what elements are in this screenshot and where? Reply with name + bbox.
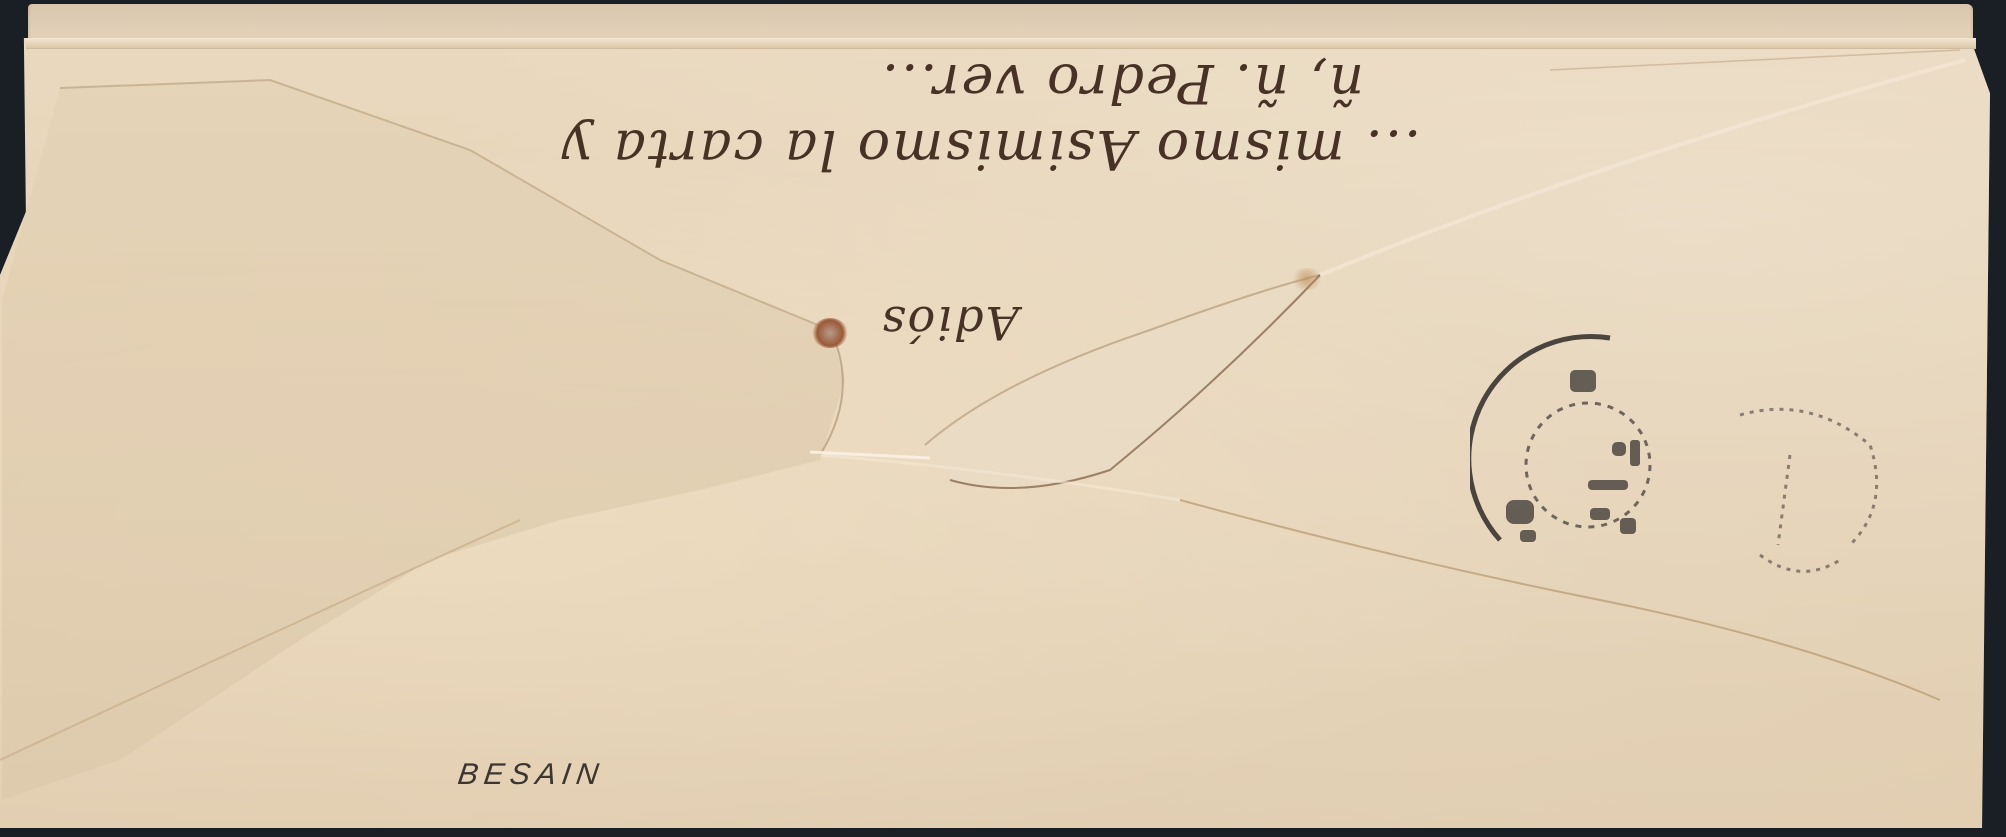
handwriting-line-1: ñ, ñ. Pedro ver... [880, 52, 1364, 115]
letter-top-fold [26, 38, 1976, 49]
wax-seal-stain [812, 318, 848, 348]
letter-photograph: ñ, ñ. Pedro ver... ... mismo Asimismo la… [0, 0, 2006, 837]
handwriting-line-2: ... mismo Asimismo la carta y [560, 118, 1421, 181]
pencil-annotation: BESAIN [456, 758, 607, 792]
wax-seal-stain-2 [1290, 268, 1324, 290]
handwriting-line-3: Adiós [880, 296, 1019, 350]
